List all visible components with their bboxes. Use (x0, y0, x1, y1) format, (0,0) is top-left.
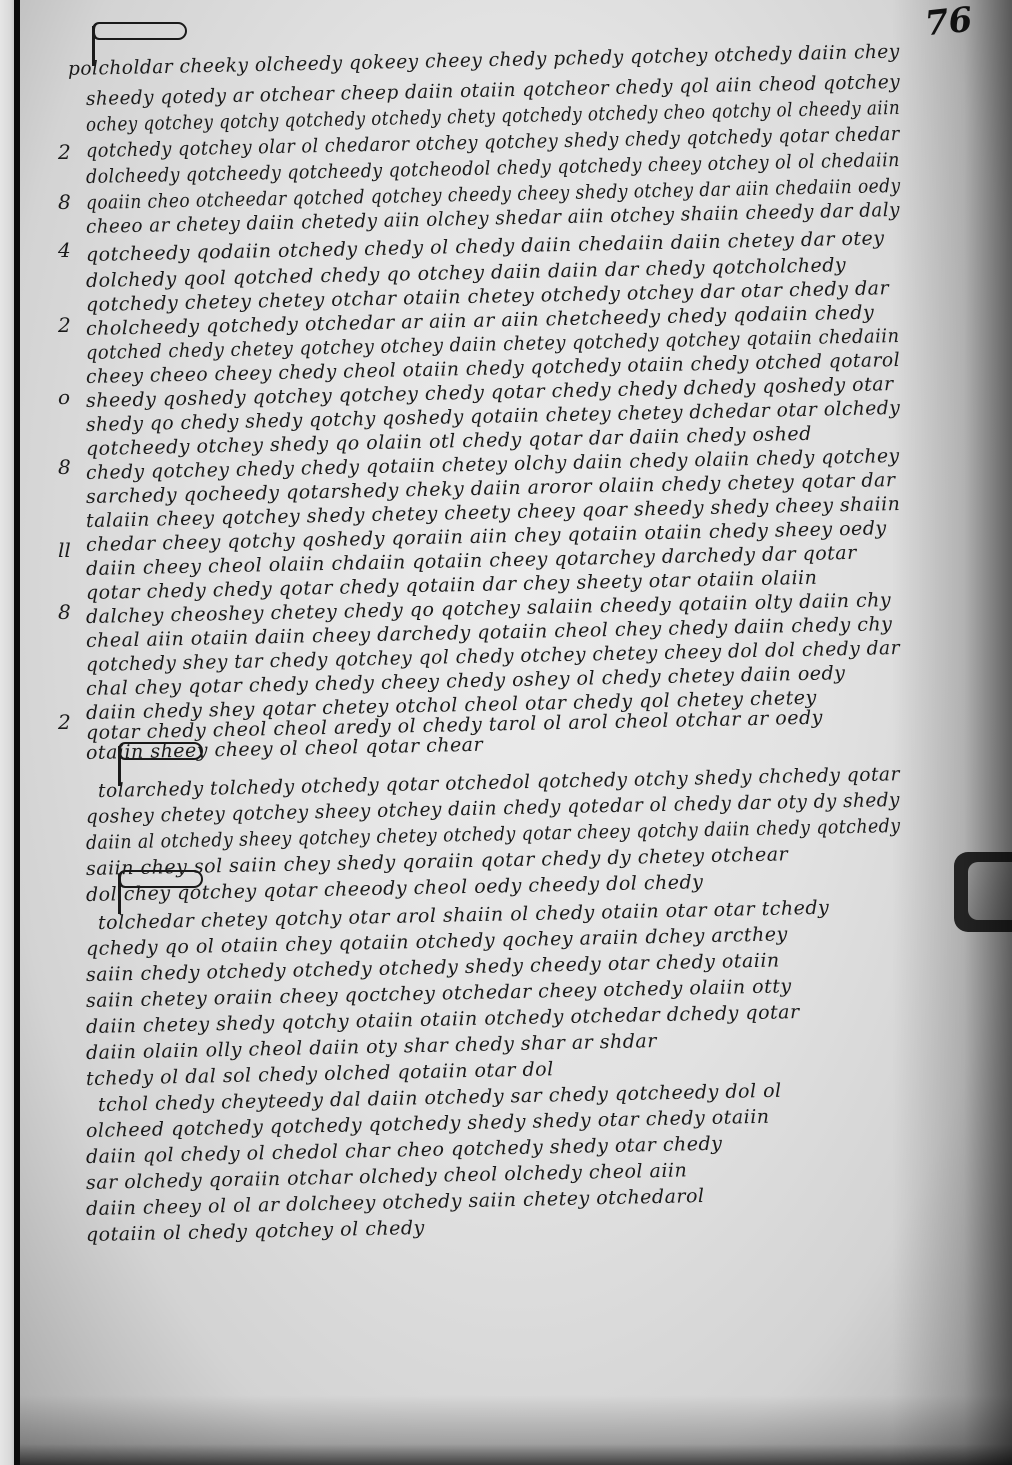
text-line: qotaiin ol chedy qotchey ol chedy (86, 1217, 425, 1246)
gallows-flourish-icon (92, 22, 187, 40)
margin-mark: ll (58, 538, 71, 562)
margin-mark: 8 (58, 190, 71, 214)
margin-mark: 8 (58, 600, 71, 624)
margin-mark: 2 (58, 710, 71, 734)
margin-mark: 4 (58, 238, 71, 262)
margin-mark: o (58, 385, 70, 409)
folio-number: 76 (923, 0, 974, 44)
margin-mark: 2 (58, 140, 71, 164)
page-tab-marker (954, 852, 1012, 932)
margin-mark: 2 (58, 313, 71, 337)
manuscript-page: 76 2842o8ll82 polcholdar cheeky olcheedy… (20, 0, 1012, 1465)
margin-mark: 8 (58, 455, 71, 479)
